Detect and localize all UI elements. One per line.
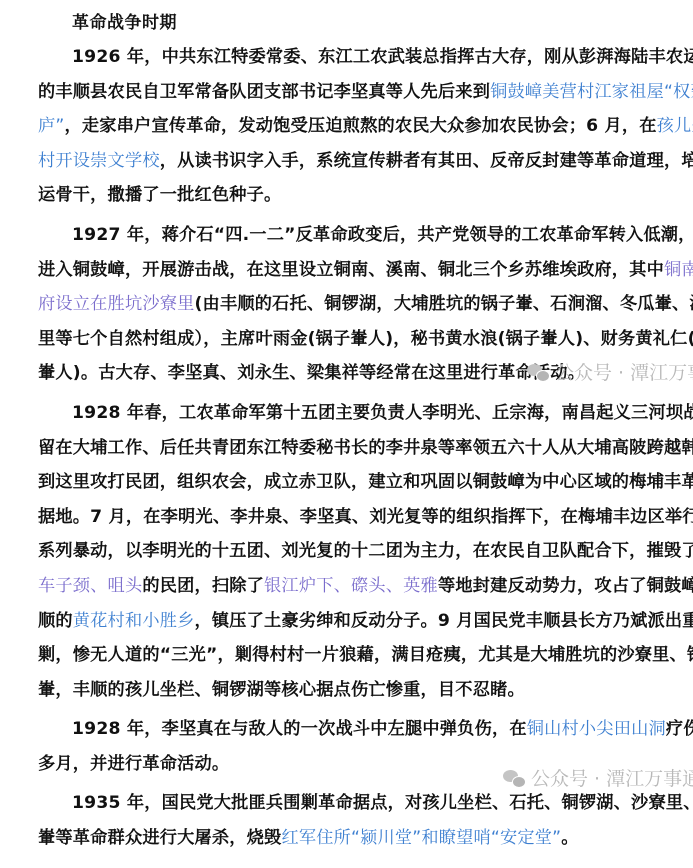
text-line: 府设立在胜坑沙寮里(由丰顺的石托、铜锣湖，大埔胜坑的锅子輋、石涧溜、冬瓜輋、沙寮 — [38, 287, 686, 322]
text-segment: 多月，并进行革命活动。 — [38, 754, 229, 774]
place-link[interactable]: 红军住所“颍川堂”和瞭望哨“安定堂” — [281, 828, 561, 848]
text-segment: 系列暴动，以李明光的十五团、刘光复的十二团为主力，在农民自卫队配合下，摧毁了 — [38, 541, 693, 561]
text-segment: 1928 年春，工农革命军第十五团主要负责人李明光、丘宗海，南昌起义三河坝战役后 — [72, 403, 693, 423]
wechat-icon — [527, 363, 549, 381]
watermark: 公众号 · 潭江万事通 — [527, 358, 693, 385]
text-segment: ，从读书识字入手，系统宣传耕者有其田、反帝反封建等革命道理，培训农 — [160, 151, 693, 171]
text-segment: 1926 年，中共东江特委常委、东江工农武装总指挥古大存，刚从彭湃海陆丰农运回来 — [72, 47, 693, 67]
text-line: 里等七个自然村组成），主席叶雨金(锅子輋人)，秘书黄水浪(锅子輋人)、财务黄礼仁… — [38, 322, 686, 357]
paragraph: 1928 年春，工农革命军第十五团主要负责人李明光、丘宗海，南昌起义三河坝战役后… — [38, 396, 686, 707]
text-segment: (由丰顺的石托、铜锣湖，大埔胜坑的锅子輋、石涧溜、冬瓜輋、沙寮 — [195, 294, 693, 314]
place-link[interactable]: 铜南乡政 — [664, 260, 693, 280]
text-segment: 的丰顺县农民自卫军常备队团支部书记李坚真等人先后来到 — [38, 82, 490, 102]
text-segment: 等地封建反动势力，攻占了铜鼓嶂下丰 — [438, 576, 693, 596]
paragraph: 1926 年，中共东江特委常委、东江工农武装总指挥古大存，刚从彭湃海陆丰农运回来… — [38, 40, 686, 213]
watermark-text: 公众号 · 潭江万事通 — [555, 358, 693, 385]
text-segment: 进入铜鼓嶂，开展游击战，在这里设立铜南、溪南、铜北三个乡苏维埃政府，其中 — [38, 260, 664, 280]
watermark: 公众号 · 潭江万事通 — [503, 764, 693, 791]
text-segment: 据地。7 月，在李明光、李井泉、李坚真、刘光复等的组织指挥下，在梅埔丰边区举行了… — [38, 507, 693, 527]
text-segment: ，走家串户宣传革命，发动饱受压迫煎熬的农民大众参加农民协会；6 月，在 — [65, 116, 657, 136]
text-segment: 輋人)。古大存、李坚真、刘永生、梁集祥等经常在这里进行革命活动。 — [38, 363, 585, 383]
section-heading: 革命战争时期 — [38, 6, 686, 40]
text-line: 留在大埔工作、后任共青团东江特委秘书长的李井泉等率领五六十人从大埔高陂跨越韩江来 — [38, 431, 686, 466]
article-body: 革命战争时期 1926 年，中共东江特委常委、东江工农武装总指挥古大存，刚从彭湃… — [38, 6, 686, 861]
place-link[interactable]: 铜山村小尖田山洞 — [527, 719, 666, 739]
text-line: 1926 年，中共东江特委常委、东江工农武装总指挥古大存，刚从彭湃海陆丰农运回来 — [38, 40, 686, 75]
text-segment: 1927 年，蒋介石“四.一二”反革命政变后，共产党领导的工农革命军转入低潮，纷… — [72, 225, 693, 245]
text-segment: ，镇压了土豪劣绅和反动分子。9 月国民党丰顺县长方乃斌派出重兵围 — [195, 611, 693, 631]
text-segment: 1928 年，李坚真在与敌人的一次战斗中左腿中弹负伤，在 — [72, 719, 527, 739]
text-segment: 1935 年，国民党大批匪兵围剿革命据点，对孩儿坐栏、石托、铜锣湖、沙寮里、锅子 — [72, 793, 693, 813]
text-segment: 的民团，扫除了 — [142, 576, 264, 596]
text-segment: 里等七个自然村组成），主席叶雨金(锅子輋人)，秘书黄水浪(锅子輋人)、财务黄礼仁… — [38, 329, 693, 349]
place-link[interactable]: 车子颈、咀头 — [38, 576, 142, 596]
place-link[interactable]: 府设立在胜坑沙寮里 — [38, 294, 195, 314]
text-segment: 顺的 — [38, 611, 73, 631]
text-segment: 疗伤三个 — [666, 719, 693, 739]
place-link[interactable]: 孩儿坐栏 — [657, 116, 693, 136]
text-segment: 輋，丰顺的孩儿坐栏、铜锣湖等核心据点伤亡惨重，目不忍睹。 — [38, 680, 525, 700]
text-line: 的丰顺县农民自卫军常备队团支部书记李坚真等人先后来到铜鼓嶂美营村江家祖屋“权荣 — [38, 75, 686, 110]
text-segment: 剿，惨无人道的“三光”，剿得村村一片狼藉，满目疮痍，尤其是大埔胜坑的沙寮里、锅子 — [38, 645, 693, 665]
text-line: 1928 年，李坚真在与敌人的一次战斗中左腿中弹负伤，在铜山村小尖田山洞疗伤三个 — [38, 712, 686, 747]
text-line: 剿，惨无人道的“三光”，剿得村村一片狼藉，满目疮痍，尤其是大埔胜坑的沙寮里、锅子 — [38, 638, 686, 673]
text-segment: 运骨干，撒播了一批红色种子。 — [38, 185, 281, 205]
place-link[interactable]: 铜鼓嶂美营村江家祖屋“权荣 — [490, 82, 693, 102]
text-line: 车子颈、咀头的民团，扫除了银江炉下、磜头、英雅等地封建反动势力，攻占了铜鼓嶂下丰 — [38, 569, 686, 604]
text-line: 1928 年春，工农革命军第十五团主要负责人李明光、丘宗海，南昌起义三河坝战役后 — [38, 396, 686, 431]
text-line: 系列暴动，以李明光的十五团、刘光复的十二团为主力，在农民自卫队配合下，摧毁了梅县 — [38, 534, 686, 569]
text-line: 到这里攻打民团，组织农会，成立赤卫队，建立和巩固以铜鼓嶂为中心区域的梅埔丰革命根 — [38, 465, 686, 500]
text-line: 輋，丰顺的孩儿坐栏、铜锣湖等核心据点伤亡惨重，目不忍睹。 — [38, 673, 686, 708]
paragraph: 1935 年，国民党大批匪兵围剿革命据点，对孩儿坐栏、石托、铜锣湖、沙寮里、锅子… — [38, 786, 686, 855]
text-segment: 。 — [561, 828, 578, 848]
text-segment: 輋等革命群众进行大屠杀，烧毁 — [38, 828, 281, 848]
text-line: 据地。7 月，在李明光、李井泉、李坚真、刘光复等的组织指挥下，在梅埔丰边区举行了… — [38, 500, 686, 535]
place-link[interactable]: 村开设崇文学校 — [38, 151, 160, 171]
paragraph-list: 1926 年，中共东江特委常委、东江工农武装总指挥古大存，刚从彭湃海陆丰农运回来… — [38, 40, 686, 856]
text-segment: 到这里攻打民团，组织农会，成立赤卫队，建立和巩固以铜鼓嶂为中心区域的梅埔丰革命根 — [38, 472, 693, 492]
place-link[interactable]: 银江炉下、磜头、英雅 — [264, 576, 438, 596]
text-line: 进入铜鼓嶂，开展游击战，在这里设立铜南、溪南、铜北三个乡苏维埃政府，其中铜南乡政 — [38, 253, 686, 288]
text-line: 村开设崇文学校，从读书识字入手，系统宣传耕者有其田、反帝反封建等革命道理，培训农 — [38, 144, 686, 179]
place-link[interactable]: 庐” — [38, 116, 65, 136]
text-line: 庐”，走家串户宣传革命，发动饱受压迫煎熬的农民大众参加农民协会；6 月，在孩儿坐… — [38, 109, 686, 144]
text-line: 顺的黄花村和小胜乡，镇压了土豪劣绅和反动分子。9 月国民党丰顺县长方乃斌派出重兵… — [38, 604, 686, 639]
text-line: 运骨干，撒播了一批红色种子。 — [38, 178, 686, 213]
place-link[interactable]: 黄花村和小胜乡 — [73, 611, 195, 631]
text-line: 1927 年，蒋介石“四.一二”反革命政变后，共产党领导的工农革命军转入低潮，纷… — [38, 218, 686, 253]
text-segment: 留在大埔工作、后任共青团东江特委秘书长的李井泉等率领五六十人从大埔高陂跨越韩江来 — [38, 438, 693, 458]
text-line: 輋等革命群众进行大屠杀，烧毁红军住所“颍川堂”和瞭望哨“安定堂”。 — [38, 821, 686, 856]
watermark-text: 公众号 · 潭江万事通 — [531, 764, 693, 791]
wechat-icon — [503, 769, 525, 787]
text-line: 1935 年，国民党大批匪兵围剿革命据点，对孩儿坐栏、石托、铜锣湖、沙寮里、锅子 — [38, 786, 686, 821]
